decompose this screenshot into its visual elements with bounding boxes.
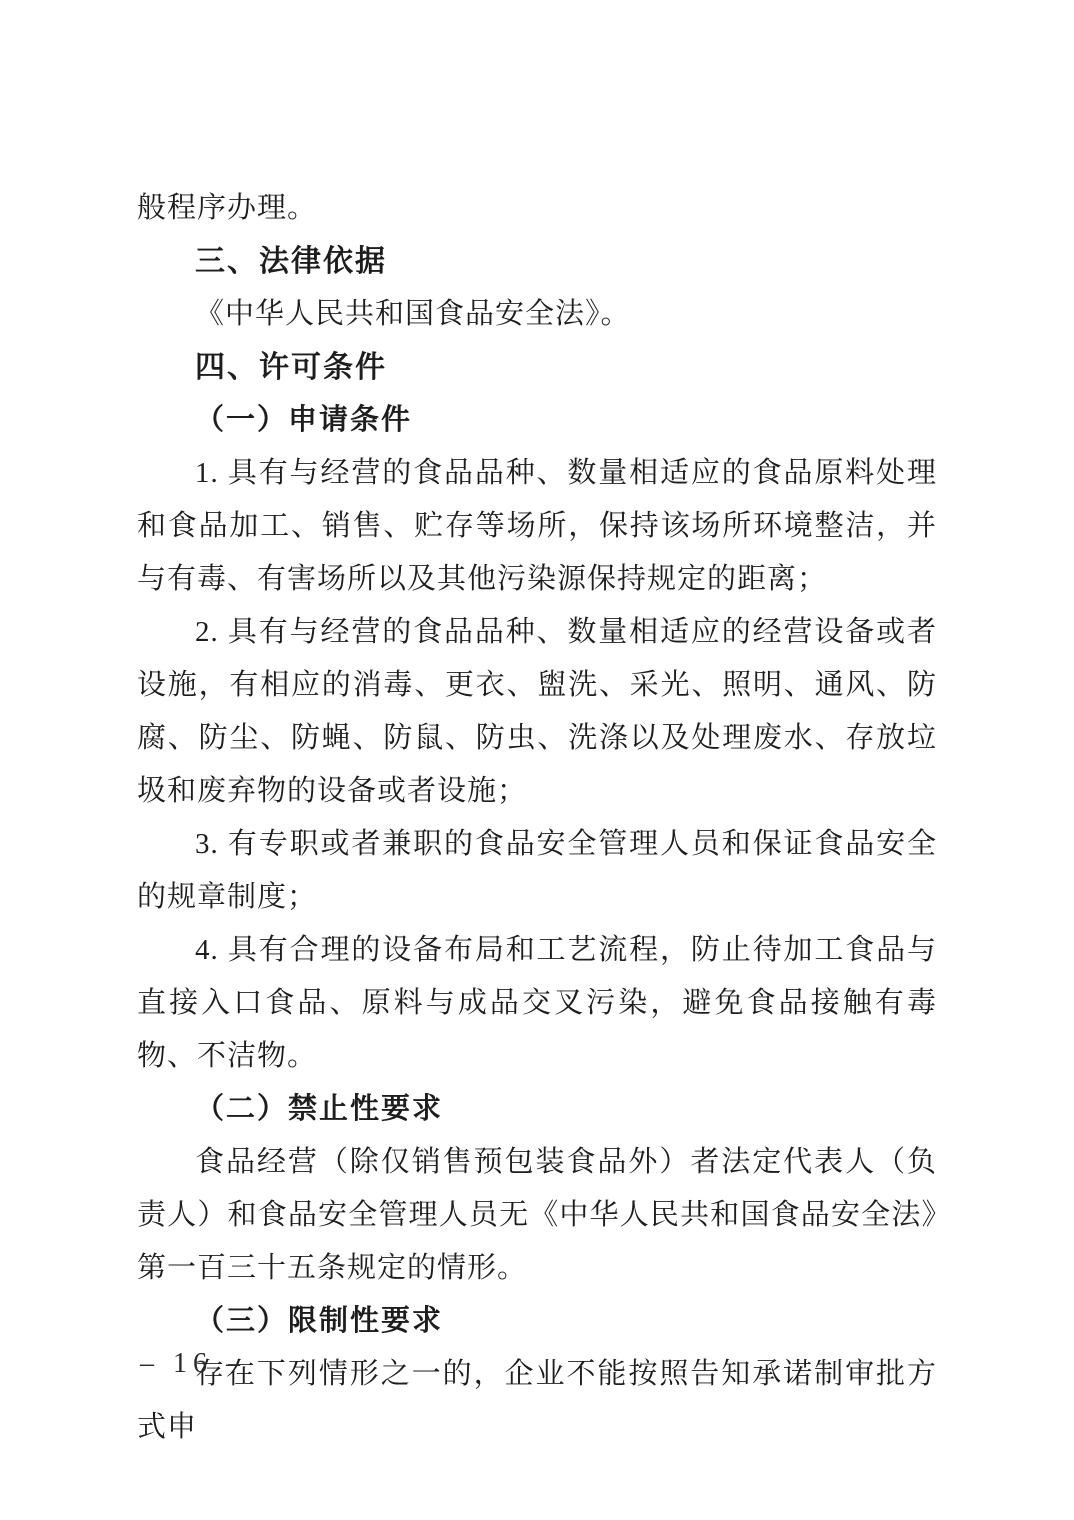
condition-item-1: 1. 具有与经营的食品品种、数量相适应的食品原料处理和食品加工、销售、贮存等场所… — [137, 447, 937, 606]
condition-item-2: 2. 具有与经营的食品品种、数量相适应的经营设备或者设施，有相应的消毒、更衣、盥… — [137, 606, 937, 818]
document-body: 般程序办理。 三、法律依据 《中华人民共和国食品安全法》。 四、许可条件 （一）… — [137, 182, 937, 1454]
subsection-heading-restrictive-requirements: （三）限制性要求 — [137, 1295, 937, 1348]
prohibitive-requirements-paragraph: 食品经营（除仅销售预包装食品外）者法定代表人（负责人）和食品安全管理人员无《中华… — [137, 1136, 937, 1295]
continuation-paragraph: 般程序办理。 — [137, 182, 937, 235]
legal-basis-paragraph: 《中华人民共和国食品安全法》。 — [137, 288, 937, 341]
restrictive-requirements-paragraph: 存在下列情形之一的，企业不能按照告知承诺制审批方式申 — [137, 1348, 937, 1454]
section-heading-license-conditions: 四、许可条件 — [137, 341, 937, 394]
document-page: 般程序办理。 三、法律依据 《中华人民共和国食品安全法》。 四、许可条件 （一）… — [0, 0, 1074, 1520]
section-heading-legal-basis: 三、法律依据 — [137, 235, 937, 288]
subsection-heading-application-conditions: （一）申请条件 — [137, 394, 937, 447]
condition-item-4: 4. 具有合理的设备布局和工艺流程，防止待加工食品与直接入口食品、原料与成品交叉… — [137, 924, 937, 1083]
condition-item-3: 3. 有专职或者兼职的食品安全管理人员和保证食品安全的规章制度； — [137, 818, 937, 924]
page-number: – 16 – — [140, 1344, 246, 1384]
subsection-heading-prohibitive-requirements: （二）禁止性要求 — [137, 1083, 937, 1136]
